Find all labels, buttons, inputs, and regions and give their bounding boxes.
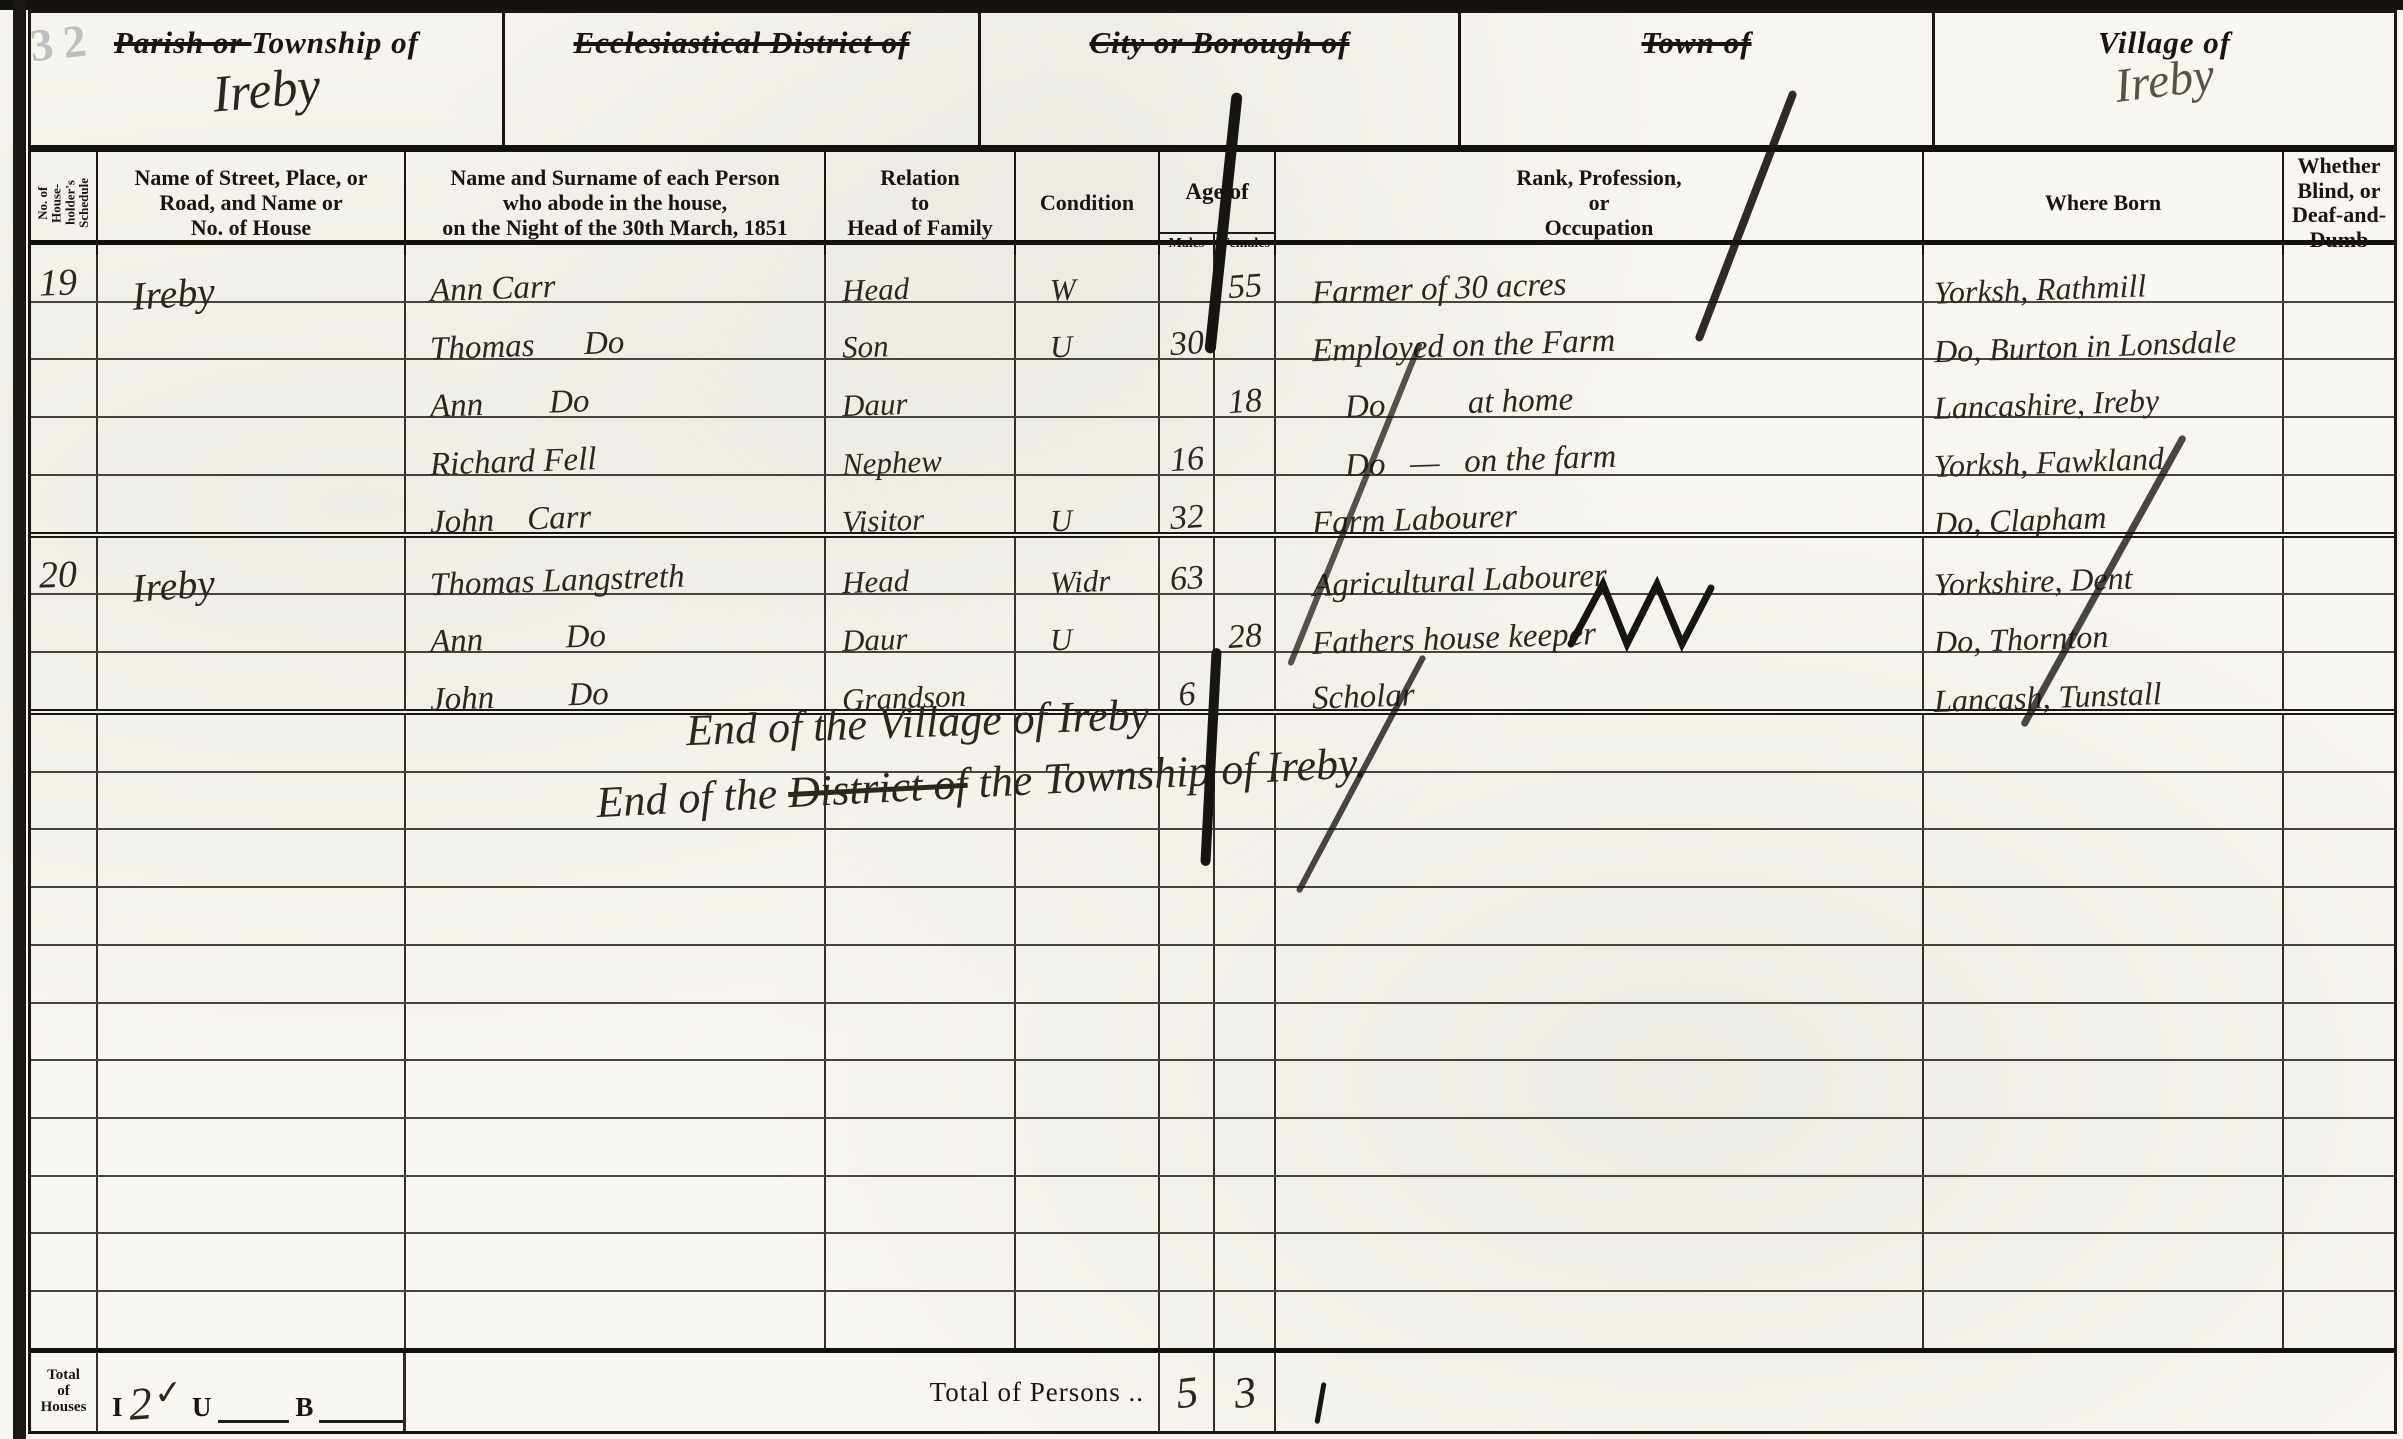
cell-relation <box>826 1061 1016 1117</box>
cell-street <box>98 1004 406 1060</box>
col-header-street: Name of Street, Place, or Road, and Name… <box>98 152 406 255</box>
cell-street: Ireby <box>98 245 406 301</box>
ecclesiastical-district-label: Ecclesiastical District of <box>505 25 978 61</box>
col-header-condition: Condition <box>1016 152 1160 255</box>
cell-born: Yorkshire, Dent <box>1924 538 2284 594</box>
handwritten-entry: Farm Labourer <box>1311 498 1517 542</box>
cell-name <box>406 1292 826 1348</box>
cell-blind <box>2284 1292 2394 1348</box>
cell-street <box>98 418 406 474</box>
table-row <box>31 1177 2394 1235</box>
cell-born <box>1924 773 2284 829</box>
cell-schedule <box>31 1234 98 1290</box>
handwritten-entry: U <box>1049 622 1073 659</box>
cell-occupation: Agricultural Labourer <box>1276 538 1924 594</box>
handwritten-entry: U <box>1049 502 1073 539</box>
cell-relation <box>826 830 1016 886</box>
cell-occupation <box>1276 1177 1924 1233</box>
table-row: Ann DoDaur18 Do at homeLancashire, Ireby <box>31 360 2394 418</box>
handwritten-entry: 18 <box>1226 382 1263 422</box>
table-row <box>31 946 2394 1004</box>
col-header-where-born: Where Born <box>1924 152 2284 255</box>
cell-females <box>1215 303 1276 359</box>
cell-blind <box>2284 538 2394 594</box>
cell-blind <box>2284 245 2394 301</box>
handwritten-entry: Scholar <box>1311 677 1415 718</box>
table-row: 20IrebyThomas LangstrethHeadWidr63Agricu… <box>31 538 2394 596</box>
cell-females <box>1215 1004 1276 1060</box>
total-males-handwritten: 5 <box>1173 1365 1200 1418</box>
cell-street <box>98 360 406 416</box>
cell-condition <box>1016 418 1160 474</box>
cell-name <box>406 888 826 944</box>
total-females-handwritten: 3 <box>1231 1365 1258 1418</box>
handwritten-entry: 16 <box>1168 440 1205 480</box>
total-of-houses-label: Total of Houses <box>31 1353 98 1431</box>
handwritten-entry: 63 <box>1168 559 1205 599</box>
cell-born <box>1924 946 2284 1002</box>
building-label: B <box>295 1392 313 1423</box>
census-page-1851: 32 Parish or Township of Ireby Ecclesias… <box>0 0 2403 1439</box>
table-row: 19IrebyAnn CarrHeadW55Farmer of 30 acres… <box>31 245 2394 303</box>
cell-blind <box>2284 773 2394 829</box>
inhabited-label: I <box>112 1392 123 1423</box>
cell-occupation <box>1276 1234 1924 1290</box>
blank-rule <box>319 1416 403 1423</box>
cell-relation <box>826 946 1016 1002</box>
cell-females <box>1215 653 1276 709</box>
check-mark: ✓ <box>153 1379 183 1408</box>
handwritten-entry: Visitor <box>841 501 924 540</box>
cell-name: Ann Do <box>406 595 826 651</box>
cell-occupation: Farmer of 30 acres <box>1276 245 1924 301</box>
table-row <box>31 1004 2394 1062</box>
handwritten-entry: Ireby <box>130 267 216 320</box>
age-of-label: Age of <box>1160 152 1274 232</box>
cell-occupation <box>1276 1061 1924 1117</box>
cell-males <box>1160 1061 1215 1117</box>
cell-males <box>1160 946 1215 1002</box>
cell-street <box>98 1234 406 1290</box>
cell-street: Ireby <box>98 538 406 594</box>
cell-relation: Visitor <box>826 476 1016 532</box>
handwritten-entry: Daur <box>841 621 908 659</box>
cell-males: 32 <box>1160 476 1215 532</box>
cell-condition <box>1016 1177 1160 1233</box>
cell-born <box>1924 1119 2284 1175</box>
cell-born <box>1924 1234 2284 1290</box>
uninhabited-label: U <box>192 1392 212 1423</box>
handwritten-entry: Ann Carr <box>429 269 556 310</box>
cell-schedule <box>31 773 98 829</box>
cell-males: 16 <box>1160 418 1215 474</box>
cell-occupation <box>1276 1292 1924 1348</box>
total-of-persons-label: Total of Persons .. <box>406 1353 1160 1431</box>
table-row <box>31 1119 2394 1177</box>
cell-born <box>1924 888 2284 944</box>
cell-name <box>406 1234 826 1290</box>
total-females-cell: 3 <box>1215 1353 1276 1431</box>
cell-condition <box>1016 1119 1160 1175</box>
cell-females <box>1215 1177 1276 1233</box>
cell-schedule <box>31 303 98 359</box>
cell-name: Ann Do <box>406 360 826 416</box>
cell-females <box>1215 1292 1276 1348</box>
census-table: Parish or Township of Ireby Ecclesiastic… <box>28 10 2397 1434</box>
cell-relation <box>826 1177 1016 1233</box>
cell-born: Yorksh, Rathmill <box>1924 245 2284 301</box>
handwritten-entry: Do, Clapham <box>1933 499 2107 542</box>
cell-blind <box>2284 888 2394 944</box>
cell-occupation <box>1276 946 1924 1002</box>
cell-name <box>406 1119 826 1175</box>
cell-condition: U <box>1016 595 1160 651</box>
col-header-blind-deaf: Whether Blind, or Deaf-and- Dumb <box>2284 152 2394 255</box>
cell-blind <box>2284 653 2394 709</box>
cell-occupation <box>1276 1119 1924 1175</box>
cell-females <box>1215 888 1276 944</box>
cell-street <box>98 1177 406 1233</box>
cell-condition <box>1016 360 1160 416</box>
cell-schedule <box>31 1292 98 1348</box>
city-or-borough-label: City or Borough of <box>981 25 1458 61</box>
blank-rule <box>218 1416 290 1423</box>
cell-condition: U <box>1016 476 1160 532</box>
struck-label-part: Parish or <box>114 25 251 60</box>
handwritten-entry: Thomas Do <box>429 325 625 369</box>
cell-born <box>1924 715 2284 771</box>
cell-name <box>406 1004 826 1060</box>
cell-born <box>1924 1292 2284 1348</box>
handwritten-entry: 19 <box>38 260 78 305</box>
handwritten-entry: Yorkshire, Dent <box>1933 560 2133 604</box>
cell-schedule <box>31 1119 98 1175</box>
cell-born: Lancashire, Ireby <box>1924 360 2284 416</box>
handwritten-entry: 32 <box>1168 498 1205 538</box>
cell-schedule <box>31 476 98 532</box>
cell-born <box>1924 1177 2284 1233</box>
cell-street <box>98 830 406 886</box>
cell-occupation: Do at home <box>1276 360 1924 416</box>
handwritten-entry: Richard Fell <box>429 441 597 484</box>
cell-name <box>406 1177 826 1233</box>
cell-relation <box>826 1004 1016 1060</box>
cell-occupation: Farm Labourer <box>1276 476 1924 532</box>
cell-street <box>98 1292 406 1348</box>
cell-born: Do, Clapham <box>1924 476 2284 532</box>
cell-schedule <box>31 418 98 474</box>
cell-occupation <box>1276 773 1924 829</box>
cell-schedule <box>31 1004 98 1060</box>
parish-or-township-box: Parish or Township of Ireby <box>31 13 505 145</box>
handwritten-entry: John Do <box>429 676 609 719</box>
totals-empty-cell <box>1276 1353 2394 1431</box>
cell-name: Thomas Do <box>406 303 826 359</box>
cell-females: 55 <box>1215 245 1276 301</box>
col-header-schedule: No. of House- holder's Schedule <box>31 152 98 255</box>
cell-street <box>98 715 406 771</box>
cell-street <box>98 1119 406 1175</box>
cell-street <box>98 773 406 829</box>
cell-condition: U <box>1016 303 1160 359</box>
town-label: Town of <box>1461 25 1932 61</box>
cell-occupation <box>1276 830 1924 886</box>
handwritten-entry: Nephew <box>841 443 942 482</box>
city-or-borough-box: City or Borough of <box>981 13 1461 145</box>
cell-schedule <box>31 715 98 771</box>
ecclesiastical-district-box: Ecclesiastical District of <box>505 13 981 145</box>
cell-condition <box>1016 830 1160 886</box>
total-males-cell: 5 <box>1160 1353 1215 1431</box>
cell-schedule <box>31 830 98 886</box>
handwritten-entry: Head <box>841 563 909 601</box>
handwritten-entry: Ann Do <box>429 618 606 661</box>
table-row: Ann DoDaurU28Fathers house keeperDo, Tho… <box>31 595 2394 653</box>
cell-relation <box>826 1119 1016 1175</box>
cell-born: Do, Burton in Lonsdale <box>1924 303 2284 359</box>
cell-blind <box>2284 715 2394 771</box>
handwritten-entry: Do, Thornton <box>1933 618 2108 661</box>
cell-males <box>1160 1004 1215 1060</box>
cell-females: 18 <box>1215 360 1276 416</box>
cell-relation <box>826 1234 1016 1290</box>
table-body: End of the Village of Ireby End of the D… <box>31 245 2394 1348</box>
inhabited-count-handwritten: 2 <box>127 1385 153 1423</box>
cell-blind <box>2284 946 2394 1002</box>
cell-females <box>1215 1061 1276 1117</box>
cell-blind <box>2284 595 2394 651</box>
handwritten-entry: 30 <box>1168 324 1205 364</box>
cell-males: 63 <box>1160 538 1215 594</box>
handwritten-entry: 20 <box>38 553 78 598</box>
handwritten-entry: Widr <box>1049 563 1111 601</box>
note-struck-text: District of <box>787 759 969 817</box>
col-header-occupation: Rank, Profession, or Occupation <box>1276 152 1924 255</box>
cell-occupation <box>1276 1004 1924 1060</box>
cell-occupation: Employed on the Farm <box>1276 303 1924 359</box>
cell-condition <box>1016 1004 1160 1060</box>
cell-relation: Daur <box>826 595 1016 651</box>
town-box: Town of <box>1461 13 1935 145</box>
cell-occupation: Scholar <box>1276 653 1924 709</box>
cell-relation: Head <box>826 245 1016 301</box>
cell-females <box>1215 1234 1276 1290</box>
cell-males <box>1160 888 1215 944</box>
cell-schedule <box>31 360 98 416</box>
scan-edge-top <box>0 0 2403 10</box>
cell-females <box>1215 476 1276 532</box>
cell-schedule <box>31 1177 98 1233</box>
cell-street <box>98 888 406 944</box>
cell-born: Do, Thornton <box>1924 595 2284 651</box>
cell-blind <box>2284 1119 2394 1175</box>
cell-schedule <box>31 888 98 944</box>
handwritten-entry: U <box>1049 329 1073 366</box>
col-header-relation: Relation to Head of Family <box>826 152 1016 255</box>
cell-blind <box>2284 476 2394 532</box>
handwritten-entry: Lancash, Tunstall <box>1933 675 2162 720</box>
cell-males: 6 <box>1160 653 1215 709</box>
cell-name: John Do <box>406 653 826 709</box>
cell-occupation: Fathers house keeper <box>1276 595 1924 651</box>
cell-schedule <box>31 1061 98 1117</box>
handwritten-entry: Ireby <box>130 560 216 613</box>
cell-males: 30 <box>1160 303 1215 359</box>
cell-females: 28 <box>1215 595 1276 651</box>
cell-relation <box>826 888 1016 944</box>
scan-edge-left <box>13 0 26 1439</box>
cell-street <box>98 1061 406 1117</box>
cell-males <box>1160 1234 1215 1290</box>
cell-born: Lancash, Tunstall <box>1924 653 2284 709</box>
cell-occupation: Do — on the farm <box>1276 418 1924 474</box>
cell-occupation <box>1276 715 1924 771</box>
cell-females <box>1215 1119 1276 1175</box>
column-header-band: No. of House- holder's Schedule Name of … <box>31 152 2394 245</box>
handwritten-entry: 28 <box>1226 617 1263 657</box>
cell-name: Thomas Langstreth <box>406 538 826 594</box>
table-row <box>31 1292 2394 1348</box>
cell-schedule <box>31 946 98 1002</box>
cell-blind <box>2284 830 2394 886</box>
cell-blind <box>2284 303 2394 359</box>
cell-males <box>1160 1292 1215 1348</box>
cell-street <box>98 476 406 532</box>
cell-blind <box>2284 360 2394 416</box>
cell-relation: Nephew <box>826 418 1016 474</box>
cell-females <box>1215 946 1276 1002</box>
cell-relation: Head <box>826 538 1016 594</box>
handwritten-entry: Yorksh, Rathmill <box>1933 267 2146 311</box>
cell-schedule <box>31 653 98 709</box>
cell-condition: Widr <box>1016 538 1160 594</box>
handwritten-entry: 6 <box>1177 675 1197 714</box>
table-row: John DoGrandson6ScholarLancash, Tunstall <box>31 653 2394 715</box>
cell-name: John Carr <box>406 476 826 532</box>
cell-condition <box>1016 946 1160 1002</box>
village-box: Village of Ireby <box>1935 13 2394 145</box>
table-row: Thomas DoSonU30Employed on the FarmDo, B… <box>31 303 2394 361</box>
cell-name <box>406 1061 826 1117</box>
total-of-houses-values: I 2 ✓ U B <box>98 1353 406 1431</box>
cell-schedule: 20 <box>31 538 98 594</box>
table-row <box>31 888 2394 946</box>
table-row: Richard FellNephew16 Do — on the farmYor… <box>31 418 2394 476</box>
cell-schedule: 19 <box>31 245 98 301</box>
handwritten-entry: 55 <box>1226 267 1263 307</box>
cell-males <box>1160 1119 1215 1175</box>
cell-males <box>1160 830 1215 886</box>
place-header-band: Parish or Township of Ireby Ecclesiastic… <box>31 13 2394 152</box>
cell-blind <box>2284 1004 2394 1060</box>
cell-street <box>98 653 406 709</box>
handwritten-entry: Ann Do <box>429 383 590 426</box>
cell-name: Richard Fell <box>406 418 826 474</box>
cell-blind <box>2284 1061 2394 1117</box>
handwritten-entry: John Carr <box>429 499 592 542</box>
cell-name <box>406 946 826 1002</box>
cell-condition <box>1016 1061 1160 1117</box>
cell-name: Ann Carr <box>406 245 826 301</box>
cell-males <box>1160 1177 1215 1233</box>
cell-relation <box>826 1292 1016 1348</box>
cell-relation: Daur <box>826 360 1016 416</box>
table-row <box>31 1234 2394 1292</box>
col-header-name: Name and Surname of each Person who abod… <box>406 152 826 255</box>
cell-blind <box>2284 418 2394 474</box>
cell-males <box>1160 595 1215 651</box>
cell-born <box>1924 830 2284 886</box>
cell-males <box>1160 360 1215 416</box>
handwritten-entry: Son <box>841 329 889 367</box>
corner-stamp: 32 <box>27 13 98 73</box>
cell-occupation <box>1276 888 1924 944</box>
cell-name <box>406 830 826 886</box>
col-header-age: Age of Males Females <box>1160 152 1276 255</box>
handwritten-entry: Head <box>841 271 909 309</box>
cell-born <box>1924 1004 2284 1060</box>
cell-condition: W <box>1016 245 1160 301</box>
totals-band: Total of Houses I 2 ✓ U B Total of Perso… <box>31 1348 2394 1431</box>
handwritten-entry: W <box>1049 271 1076 308</box>
note-text: End of the <box>595 768 789 827</box>
cell-born: Yorksh, Fawkland <box>1924 418 2284 474</box>
cell-females <box>1215 538 1276 594</box>
cell-relation: Son <box>826 303 1016 359</box>
table-row <box>31 1061 2394 1119</box>
cell-born <box>1924 1061 2284 1117</box>
table-row <box>31 830 2394 888</box>
cell-street <box>98 946 406 1002</box>
cell-blind <box>2284 1234 2394 1290</box>
cell-condition <box>1016 1234 1160 1290</box>
cell-schedule <box>31 595 98 651</box>
cell-females <box>1215 830 1276 886</box>
cell-condition <box>1016 1292 1160 1348</box>
cell-condition <box>1016 888 1160 944</box>
cell-males <box>1160 245 1215 301</box>
table-row: John CarrVisitorU32Farm LabourerDo, Clap… <box>31 476 2394 538</box>
schedule-header-text: No. of House- holder's Schedule <box>36 178 91 228</box>
cell-blind <box>2284 1177 2394 1233</box>
handwritten-entry: Daur <box>841 386 908 424</box>
cell-females <box>1215 418 1276 474</box>
